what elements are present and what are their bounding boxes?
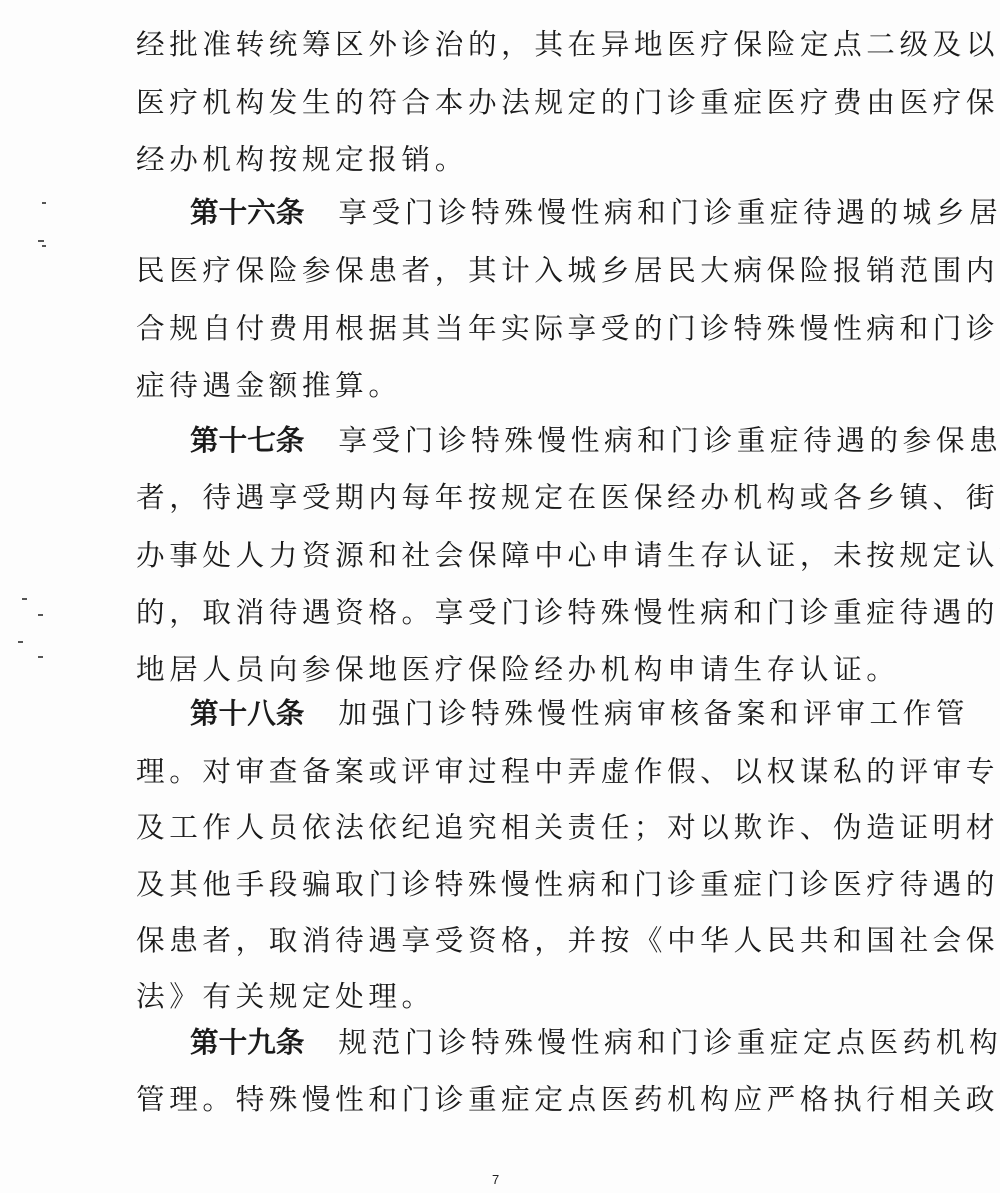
article-number: 第十八条 xyxy=(190,696,304,730)
page-number: 7 xyxy=(492,1172,499,1187)
article-text: 享受门诊特殊慢性病和门诊重症待遇的城乡居 xyxy=(338,195,1000,229)
article-number: 第十七条 xyxy=(190,423,304,457)
text-line: 民医疗保险参保患者，其计入城乡居民大病保险报销范围内的 xyxy=(136,250,866,290)
scan-artifact xyxy=(42,202,46,204)
text-line: 合规自付费用根据其当年实际享受的门诊特殊慢性病和门诊重 xyxy=(136,308,866,348)
scan-artifact xyxy=(22,598,27,600)
text-line: 医疗机构发生的符合本办法规定的门诊重症医疗费由医疗保险 xyxy=(136,82,866,122)
text-line: 经办机构按规定报销。 xyxy=(136,139,866,179)
scan-artifact xyxy=(42,245,46,247)
text-line: 经批准转统筹区外诊治的，其在异地医疗保险定点二级及以上 xyxy=(136,24,866,64)
article-text: 加强门诊特殊慢性病审核备案和评审工作管 xyxy=(338,696,969,730)
text-line: 办事处人力资源和社会保障中心申请生存认证，未按规定认证 xyxy=(136,535,866,575)
article-text: 享受门诊特殊慢性病和门诊重症待遇的参保患 xyxy=(338,423,1000,457)
article-17-heading-line: 第十七条享受门诊特殊慢性病和门诊重症待遇的参保患 xyxy=(190,420,866,460)
text-line: 及其他手段骗取门诊特殊慢性病和门诊重症门诊医疗待遇的参 xyxy=(136,864,866,904)
text-line: 地居人员向参保地医疗保险经办机构申请生存认证。 xyxy=(136,649,866,689)
article-text: 规范门诊特殊慢性病和门诊重症定点医药机构 xyxy=(338,1025,1000,1059)
article-number: 第十六条 xyxy=(190,195,304,229)
text-line: 管理。特殊慢性和门诊重症定点医药机构应严格执行相关政策 xyxy=(136,1079,866,1119)
scan-artifact xyxy=(38,656,43,658)
text-line: 的，取消待遇资格。享受门诊特殊慢性病和门诊重症待遇的异 xyxy=(136,592,866,632)
article-number: 第十九条 xyxy=(190,1025,304,1059)
document-page: 经批准转统筹区外诊治的，其在异地医疗保险定点二级及以上 医疗机构发生的符合本办法… xyxy=(0,0,1000,1193)
text-line: 者，待遇享受期内每年按规定在医保经办机构或各乡镇、街道 xyxy=(136,477,866,517)
article-19-heading-line: 第十九条规范门诊特殊慢性病和门诊重症定点医药机构 xyxy=(190,1022,866,1062)
scan-artifact xyxy=(38,614,43,616)
text-line: 及工作人员依法依纪追究相关责任；对以欺诈、伪造证明材料 xyxy=(136,807,866,847)
text-line: 法》有关规定处理。 xyxy=(136,976,866,1016)
text-line: 保患者，取消待遇享受资格，并按《中华人民共和国社会保险 xyxy=(136,920,866,960)
article-16-heading-line: 第十六条享受门诊特殊慢性病和门诊重症待遇的城乡居 xyxy=(190,192,866,232)
scan-artifact xyxy=(18,641,23,643)
scan-artifact xyxy=(38,240,44,242)
text-line: 症待遇金额推算。 xyxy=(136,365,866,405)
article-18-heading-line: 第十八条加强门诊特殊慢性病审核备案和评审工作管 xyxy=(190,693,866,733)
text-line: 理。对审查备案或评审过程中弄虚作假、以权谋私的评审专家 xyxy=(136,751,866,791)
